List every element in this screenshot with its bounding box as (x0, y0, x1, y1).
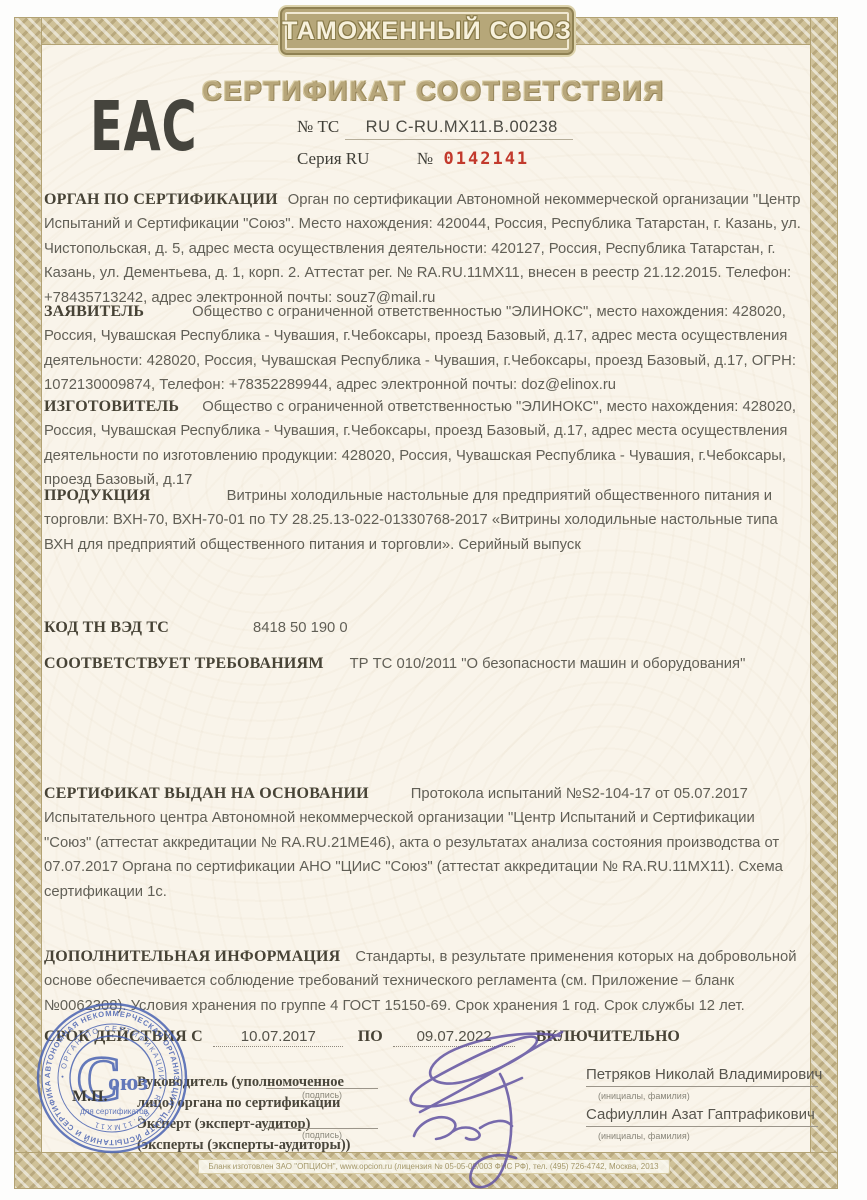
validity-po-label: ПО (358, 1028, 383, 1045)
section-tnved: КОД ТН ВЭД ТС8418 50 190 0 (44, 616, 806, 640)
section-tnved-label: КОД ТН ВЭД ТС (44, 619, 169, 636)
cert-number-underline (345, 139, 573, 140)
expert-signature-caption: (подпись) (266, 1130, 378, 1140)
section-tnved-value: 8418 50 190 0 (253, 620, 348, 636)
stamp-center-word: оюз (108, 1070, 148, 1096)
section-compliance: СООТВЕТСТВУЕТ ТРЕБОВАНИЯМТР ТС 010/2011 … (44, 652, 806, 676)
head-name: Петряков Николай Владимирович (586, 1066, 818, 1087)
section-compliance-value: ТР ТС 010/2011 "О безопасности машин и о… (350, 656, 746, 672)
validity-inclusive-label: ВКЛЮЧИТЕЛЬНО (536, 1028, 680, 1045)
section-applicant-text: Общество с ограниченной ответственностью… (44, 304, 796, 393)
blank-print-info: Бланк изготовлен ЗАО "ОПЦИОН", www.opcio… (197, 1159, 669, 1174)
section-product-label: ПРОДУКЦИЯ (44, 487, 151, 504)
validity-to-line: 09.07.2022 (393, 1028, 515, 1047)
section-additional-info-label: ДОПОЛНИТЕЛЬНАЯ ИНФОРМАЦИЯ (44, 948, 340, 965)
head-signature-caption: (подпись) (266, 1090, 378, 1100)
cert-number-value: RU C-RU.MX11.B.00238 (366, 118, 558, 136)
head-signature-line (266, 1062, 378, 1089)
section-certification-body-text: Орган по сертификации Автономной некомме… (44, 192, 801, 306)
section-certification-body-label: ОРГАН ПО СЕРТИФИКАЦИИ (44, 191, 278, 208)
section-applicant-label: ЗАЯВИТЕЛЬ (44, 303, 144, 320)
head-name-caption: (инициалы, фамилия) (598, 1091, 690, 1101)
border-band-right (810, 17, 838, 1189)
section-manufacturer: ИЗГОТОВИТЕЛЬОбщество с ограниченной отве… (44, 395, 806, 493)
validity-to-date: 09.07.2022 (417, 1028, 492, 1045)
section-applicant: ЗАЯВИТЕЛЬОбщество с ограниченной ответст… (44, 300, 806, 398)
section-product: ПРОДУКЦИЯВитрины холодильные настольные … (44, 484, 806, 557)
section-certification-body: ОРГАН ПО СЕРТИФИКАЦИИОрган по сертификац… (44, 188, 806, 310)
mp-stamp-place-label: М.П. (72, 1088, 108, 1106)
series-number: 0142141 (444, 149, 530, 169)
section-product-text: Витрины холодильные настольные для предп… (44, 488, 778, 553)
expert-name-caption: (инициалы, фамилия) (598, 1131, 690, 1141)
section-issued-on-label: СЕРТИФИКАТ ВЫДАН НА ОСНОВАНИИ (44, 785, 369, 802)
section-manufacturer-label: ИЗГОТОВИТЕЛЬ (44, 398, 179, 415)
cert-number-row: № ТС RU C-RU.MX11.B.00238 (297, 117, 558, 137)
round-stamp: АВТОНОМНАЯ НЕКОММЕРЧЕСКАЯ ОРГАНИЗАЦИЯ "Ц… (32, 998, 192, 1158)
certificate-page: ТАМОЖЕННЫЙ СОЮЗ СЕРТИФИКАТ СООТВЕТСТВИЯ … (0, 0, 867, 1200)
expert-signature-line (266, 1102, 378, 1129)
customs-union-banner: ТАМОЖЕННЫЙ СОЮЗ (280, 7, 574, 55)
series-row: Серия RU № 0142141 (297, 149, 529, 169)
series-label: Серия RU (297, 149, 369, 168)
cert-number-label: № ТС (297, 117, 339, 136)
expert-name: Сафиуллин Азат Гаптрафикович (586, 1106, 818, 1127)
validity-from-line: 10.07.2017 (213, 1028, 343, 1047)
series-no-sign: № (417, 149, 433, 168)
section-issued-on: СЕРТИФИКАТ ВЫДАН НА ОСНОВАНИИПротокола и… (44, 782, 806, 904)
section-issued-on-text: Протокола испытаний №S2-104-17 от 05.07.… (44, 786, 783, 900)
eac-mark-icon: ЕАС (90, 88, 198, 167)
section-compliance-label: СООТВЕТСТВУЕТ ТРЕБОВАНИЯМ (44, 655, 324, 672)
validity-from-date: 10.07.2017 (241, 1028, 316, 1045)
stamp-center-caption: для сертификатов (80, 1107, 148, 1116)
customs-union-banner-text: ТАМОЖЕННЫЙ СОЮЗ (282, 17, 572, 46)
